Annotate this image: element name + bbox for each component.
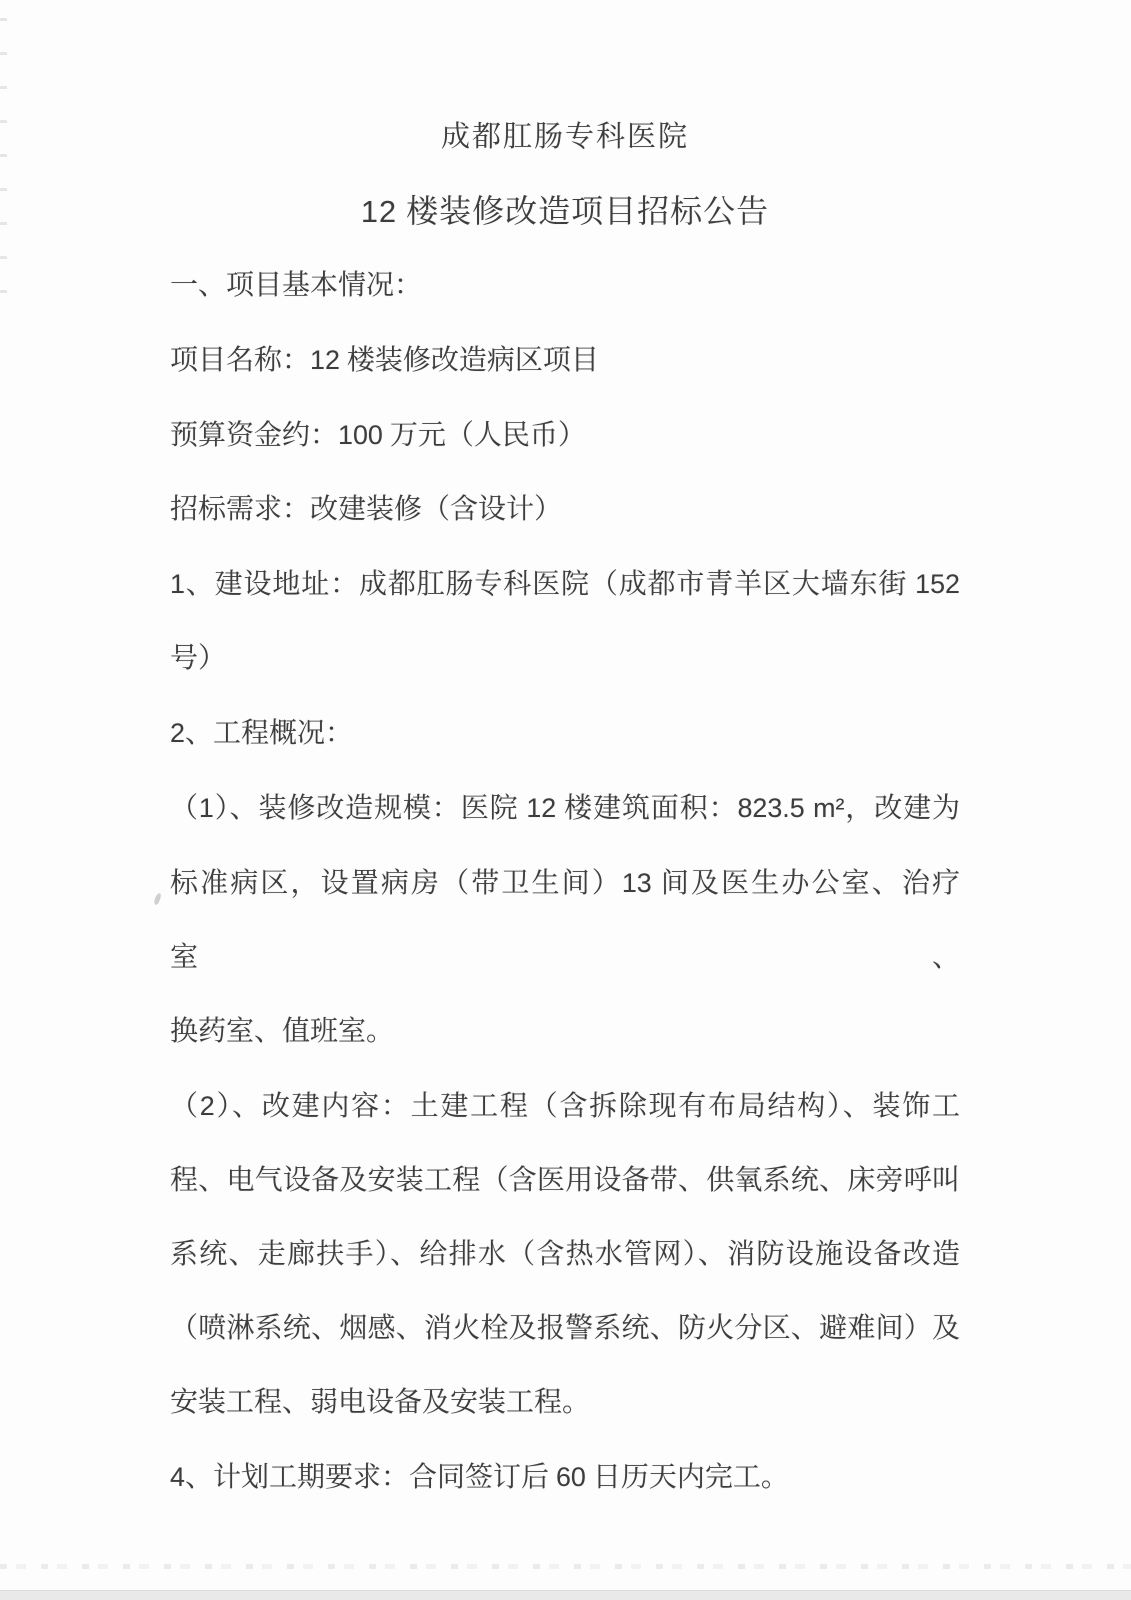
line-project-overview: 2、工程概况： <box>170 696 960 771</box>
line-address-2: 号） <box>170 622 960 696</box>
line-rebuild-content-3: 系统、走廊扶手）、给排水（含热水管网）、消防设施设备改造 <box>170 1218 960 1292</box>
scan-artifact-bottom-band <box>0 1590 1131 1600</box>
line-scale-1: （1）、装修改造规模：医院 12 楼建筑面积：823.5 m²，改建为 <box>170 771 960 846</box>
line-scale-3: 换药室、值班室。 <box>170 995 960 1069</box>
scan-artifact-left-edge <box>0 18 7 308</box>
section-heading-basic-info: 一、项目基本情况： <box>170 249 960 323</box>
line-address-1: 1、建设地址：成都肛肠专科医院（成都市青羊区大墙东街 152 <box>170 547 960 622</box>
line-project-name: 项目名称：12 楼装修改造病区项目 <box>170 323 960 398</box>
line-rebuild-content-2: 程、电气设备及安装工程（含医用设备带、供氧系统、床旁呼叫 <box>170 1144 960 1218</box>
doc-subtitle: 12 楼装修改造项目招标公告 <box>170 174 960 249</box>
line-scale-2: 标准病区，设置病房（带卫生间）13 间及医生办公室、治疗室、 <box>170 846 960 995</box>
line-rebuild-content-4: （喷淋系统、烟感、消火栓及报警系统、防火分区、避难间）及 <box>170 1292 960 1366</box>
line-budget: 预算资金约：100 万元（人民币） <box>170 398 960 473</box>
doc-title: 成都肛肠专科医院 <box>170 100 960 174</box>
line-tender-demand: 招标需求：改建装修（含设计） <box>170 473 960 547</box>
scan-artifact-noise-line <box>0 1564 1131 1569</box>
line-schedule-requirement: 4、计划工期要求：合同签订后 60 日历天内完工。 <box>170 1440 960 1515</box>
document-content: 成都肛肠专科医院 12 楼装修改造项目招标公告 一、项目基本情况： 项目名称：1… <box>170 100 960 1515</box>
line-rebuild-content-5: 安装工程、弱电设备及安装工程。 <box>170 1366 960 1440</box>
line-rebuild-content-1: （2）、改建内容：土建工程（含拆除现有布局结构）、装饰工 <box>170 1069 960 1144</box>
scan-artifact-speck <box>153 893 161 906</box>
document-page: 成都肛肠专科医院 12 楼装修改造项目招标公告 一、项目基本情况： 项目名称：1… <box>0 0 1131 1600</box>
